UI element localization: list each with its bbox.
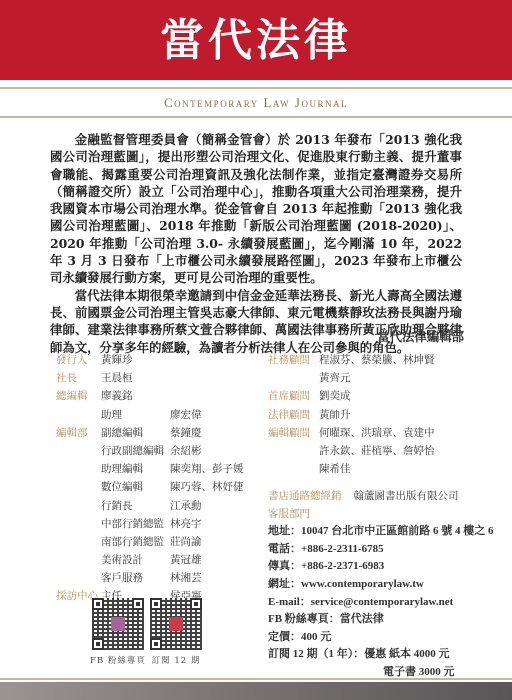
address: 地址：10047 台北市中正區館前路 6 號 4 樓之 6 xyxy=(268,523,488,541)
staff-subrole: 客戶服務 xyxy=(101,569,170,587)
fax: 傳真：+886-2-2371-6983 xyxy=(268,558,488,576)
subscription-price: 訂閱 12 期（1 年）：優惠 紙本 4000 元 xyxy=(268,646,488,664)
staff-name: 莊尚諭 xyxy=(170,533,202,551)
journal-title: 當代法律 xyxy=(160,4,352,68)
staff-role xyxy=(56,551,101,569)
staff-subrole: 中部行銷總監 xyxy=(101,515,170,533)
staff-row: 數位編輯陳巧蓉、林妤倢 xyxy=(56,478,256,496)
qr-code-icon xyxy=(92,598,144,650)
staff-row: 行政副總編輯余紹彬 xyxy=(56,442,256,460)
intro-paragraph: 當代法律本期很榮幸邀請到中信金金延華法務長、新光人壽高全國法遵長、前國票金公司治… xyxy=(50,287,462,356)
staff-name: 廖義銘 xyxy=(101,387,133,405)
advisor-row: 法律顧問黃帥升 xyxy=(268,406,488,424)
advisor-name: 許永欽、莊植寧、詹婷怡 xyxy=(319,442,435,460)
staff-role: 發行人 xyxy=(56,351,101,369)
staff-subrole: 南部行銷總監 xyxy=(101,533,170,551)
advisor-name: 劉奕成 xyxy=(319,387,351,405)
staff-role xyxy=(56,569,101,587)
advisor-role: 社務顧問 xyxy=(268,351,319,369)
contact-info: 書店通路總經銷翰蘆圖書出版有限公司 客服部門 地址：10047 台北市中正區館前… xyxy=(268,488,488,682)
intro-paragraph: 金融監督管理委員會（簡稱金管會）於 2013 年發布「2013 強化我國公司治理… xyxy=(50,131,462,287)
staff-role xyxy=(56,478,101,496)
staff-row: 助理廖宏偉 xyxy=(56,406,256,424)
advisor-row: 陳希佳 xyxy=(268,460,488,478)
staff-row: 社長王晨桓 xyxy=(56,369,256,387)
fb-page: FB 粉絲專頁：當代法律 xyxy=(268,611,488,629)
staff-row: 編輯部副總編輯蔡鐘慶 xyxy=(56,424,256,442)
advisor-row: 許永欽、莊植寧、詹婷怡 xyxy=(268,442,488,460)
staff-name: 陳巧蓉、林妤倢 xyxy=(170,478,244,496)
staff-role: 總編輯 xyxy=(56,387,101,405)
staff-subrole: 助理編輯 xyxy=(101,460,170,478)
advisor-name: 何曜琛、洪瑞章、袁建中 xyxy=(319,424,435,442)
distributor-name: 翰蘆圖書出版有限公司 xyxy=(354,490,459,502)
staff-role: 編輯部 xyxy=(56,424,101,442)
qr-code-icon xyxy=(150,598,202,650)
staff-subrole: 行政副總編輯 xyxy=(101,442,170,460)
advisor-role: 法律顧問 xyxy=(268,406,319,424)
fb-logo-icon xyxy=(111,617,125,631)
advisor-role xyxy=(268,369,319,387)
staff-row: 中部行銷總監林亮宇 xyxy=(56,515,256,533)
footer-bar xyxy=(0,682,512,700)
masthead-banner: 當代法律 xyxy=(0,0,512,80)
editorial-signature: 當代法律編輯部 xyxy=(377,327,464,345)
staff-name: 江承勳 xyxy=(170,497,202,515)
email-link[interactable]: E-mail：service@contemporarylaw.net xyxy=(268,594,488,612)
staff-role xyxy=(56,406,101,424)
advisor-name: 程淑芬、蔡榮騰、林坤賢 xyxy=(319,351,435,369)
subtitle-band: Contemporary Law Journal xyxy=(0,89,512,116)
staff-name: 林亮宇 xyxy=(170,515,202,533)
staff-name: 陳奕翔、彭子媛 xyxy=(170,460,244,478)
editorial-intro: 金融監督管理委員會（簡稱金管會）於 2013 年發布「2013 強化我國公司治理… xyxy=(50,131,462,356)
staff-name: 王晨桓 xyxy=(101,369,133,387)
distributor-line: 書店通路總經銷翰蘆圖書出版有限公司 xyxy=(268,488,488,506)
staff-name: 黃輝珍 xyxy=(101,351,133,369)
staff-name: 黃冠雄 xyxy=(170,551,202,569)
divider xyxy=(0,116,512,118)
staff-subrole: 數位編輯 xyxy=(101,478,170,496)
staff-role xyxy=(56,460,101,478)
staff-role xyxy=(56,533,101,551)
advisor-name: 黃帥升 xyxy=(319,406,351,424)
advisor-role xyxy=(268,442,319,460)
staff-role xyxy=(56,442,101,460)
staff-row: 行銷長江承勳 xyxy=(56,497,256,515)
staff-subrole: 助理 xyxy=(101,406,170,424)
advisor-name: 陳希佳 xyxy=(319,460,351,478)
qr-label: FB 粉絲專頁 xyxy=(90,654,146,666)
staff-name: 廖宏偉 xyxy=(170,406,202,424)
distributor-label: 書店通路總經銷 xyxy=(268,490,342,502)
staff-row: 客戶服務林湘芸 xyxy=(56,569,256,587)
website-link[interactable]: 網址：www.contemporarylaw.tw xyxy=(268,576,488,594)
service-label: 客服部門 xyxy=(268,508,310,520)
advisor-role: 編輯顧問 xyxy=(268,424,319,442)
staff-role xyxy=(56,497,101,515)
staff-list: 發行人黃輝珍 社長王晨桓 總編輯廖義銘 助理廖宏偉 編輯部副總編輯蔡鐘慶 行政副… xyxy=(56,351,256,606)
staff-name: 余紹彬 xyxy=(170,442,202,460)
staff-subrole: 行銷長 xyxy=(101,497,170,515)
staff-row: 助理編輯陳奕翔、彭子媛 xyxy=(56,460,256,478)
staff-row: 南部行銷總監莊尚諭 xyxy=(56,533,256,551)
advisor-role xyxy=(268,460,319,478)
advisor-row: 社務顧問程淑芬、蔡榮騰、林坤賢 xyxy=(268,351,488,369)
staff-row: 總編輯廖義銘 xyxy=(56,387,256,405)
staff-row: 美術設計黃冠雄 xyxy=(56,551,256,569)
qr-fb[interactable]: FB 粉絲專頁 xyxy=(90,598,146,666)
divider xyxy=(0,678,512,680)
staff-row: 發行人黃輝珍 xyxy=(56,351,256,369)
price: 定價：400 元 xyxy=(268,629,488,647)
advisor-row: 編輯顧問何曜琛、洪瑞章、袁建中 xyxy=(268,424,488,442)
staff-name: 林湘芸 xyxy=(170,569,202,587)
qr-label: 訂閱 12 期 xyxy=(152,654,201,666)
advisor-row: 首席顧問劉奕成 xyxy=(268,387,488,405)
journal-logo-icon xyxy=(169,617,183,631)
staff-subrole: 副總編輯 xyxy=(101,424,170,442)
staff-role xyxy=(56,515,101,533)
staff-role: 社長 xyxy=(56,369,101,387)
phone: 電話：+886-2-2311-6785 xyxy=(268,541,488,559)
advisor-row: 黃齊元 xyxy=(268,369,488,387)
staff-name: 蔡鐘慶 xyxy=(170,424,202,442)
qr-subscribe[interactable]: 訂閱 12 期 xyxy=(150,598,202,666)
service-line: 客服部門 xyxy=(268,506,488,524)
advisor-role: 首席顧問 xyxy=(268,387,319,405)
staff-subrole: 美術設計 xyxy=(101,551,170,569)
advisors-list: 社務顧問程淑芬、蔡榮騰、林坤賢 黃齊元 首席顧問劉奕成 法律顧問黃帥升 編輯顧問… xyxy=(268,351,488,478)
journal-subtitle: Contemporary Law Journal xyxy=(164,95,348,111)
advisor-name: 黃齊元 xyxy=(319,369,351,387)
